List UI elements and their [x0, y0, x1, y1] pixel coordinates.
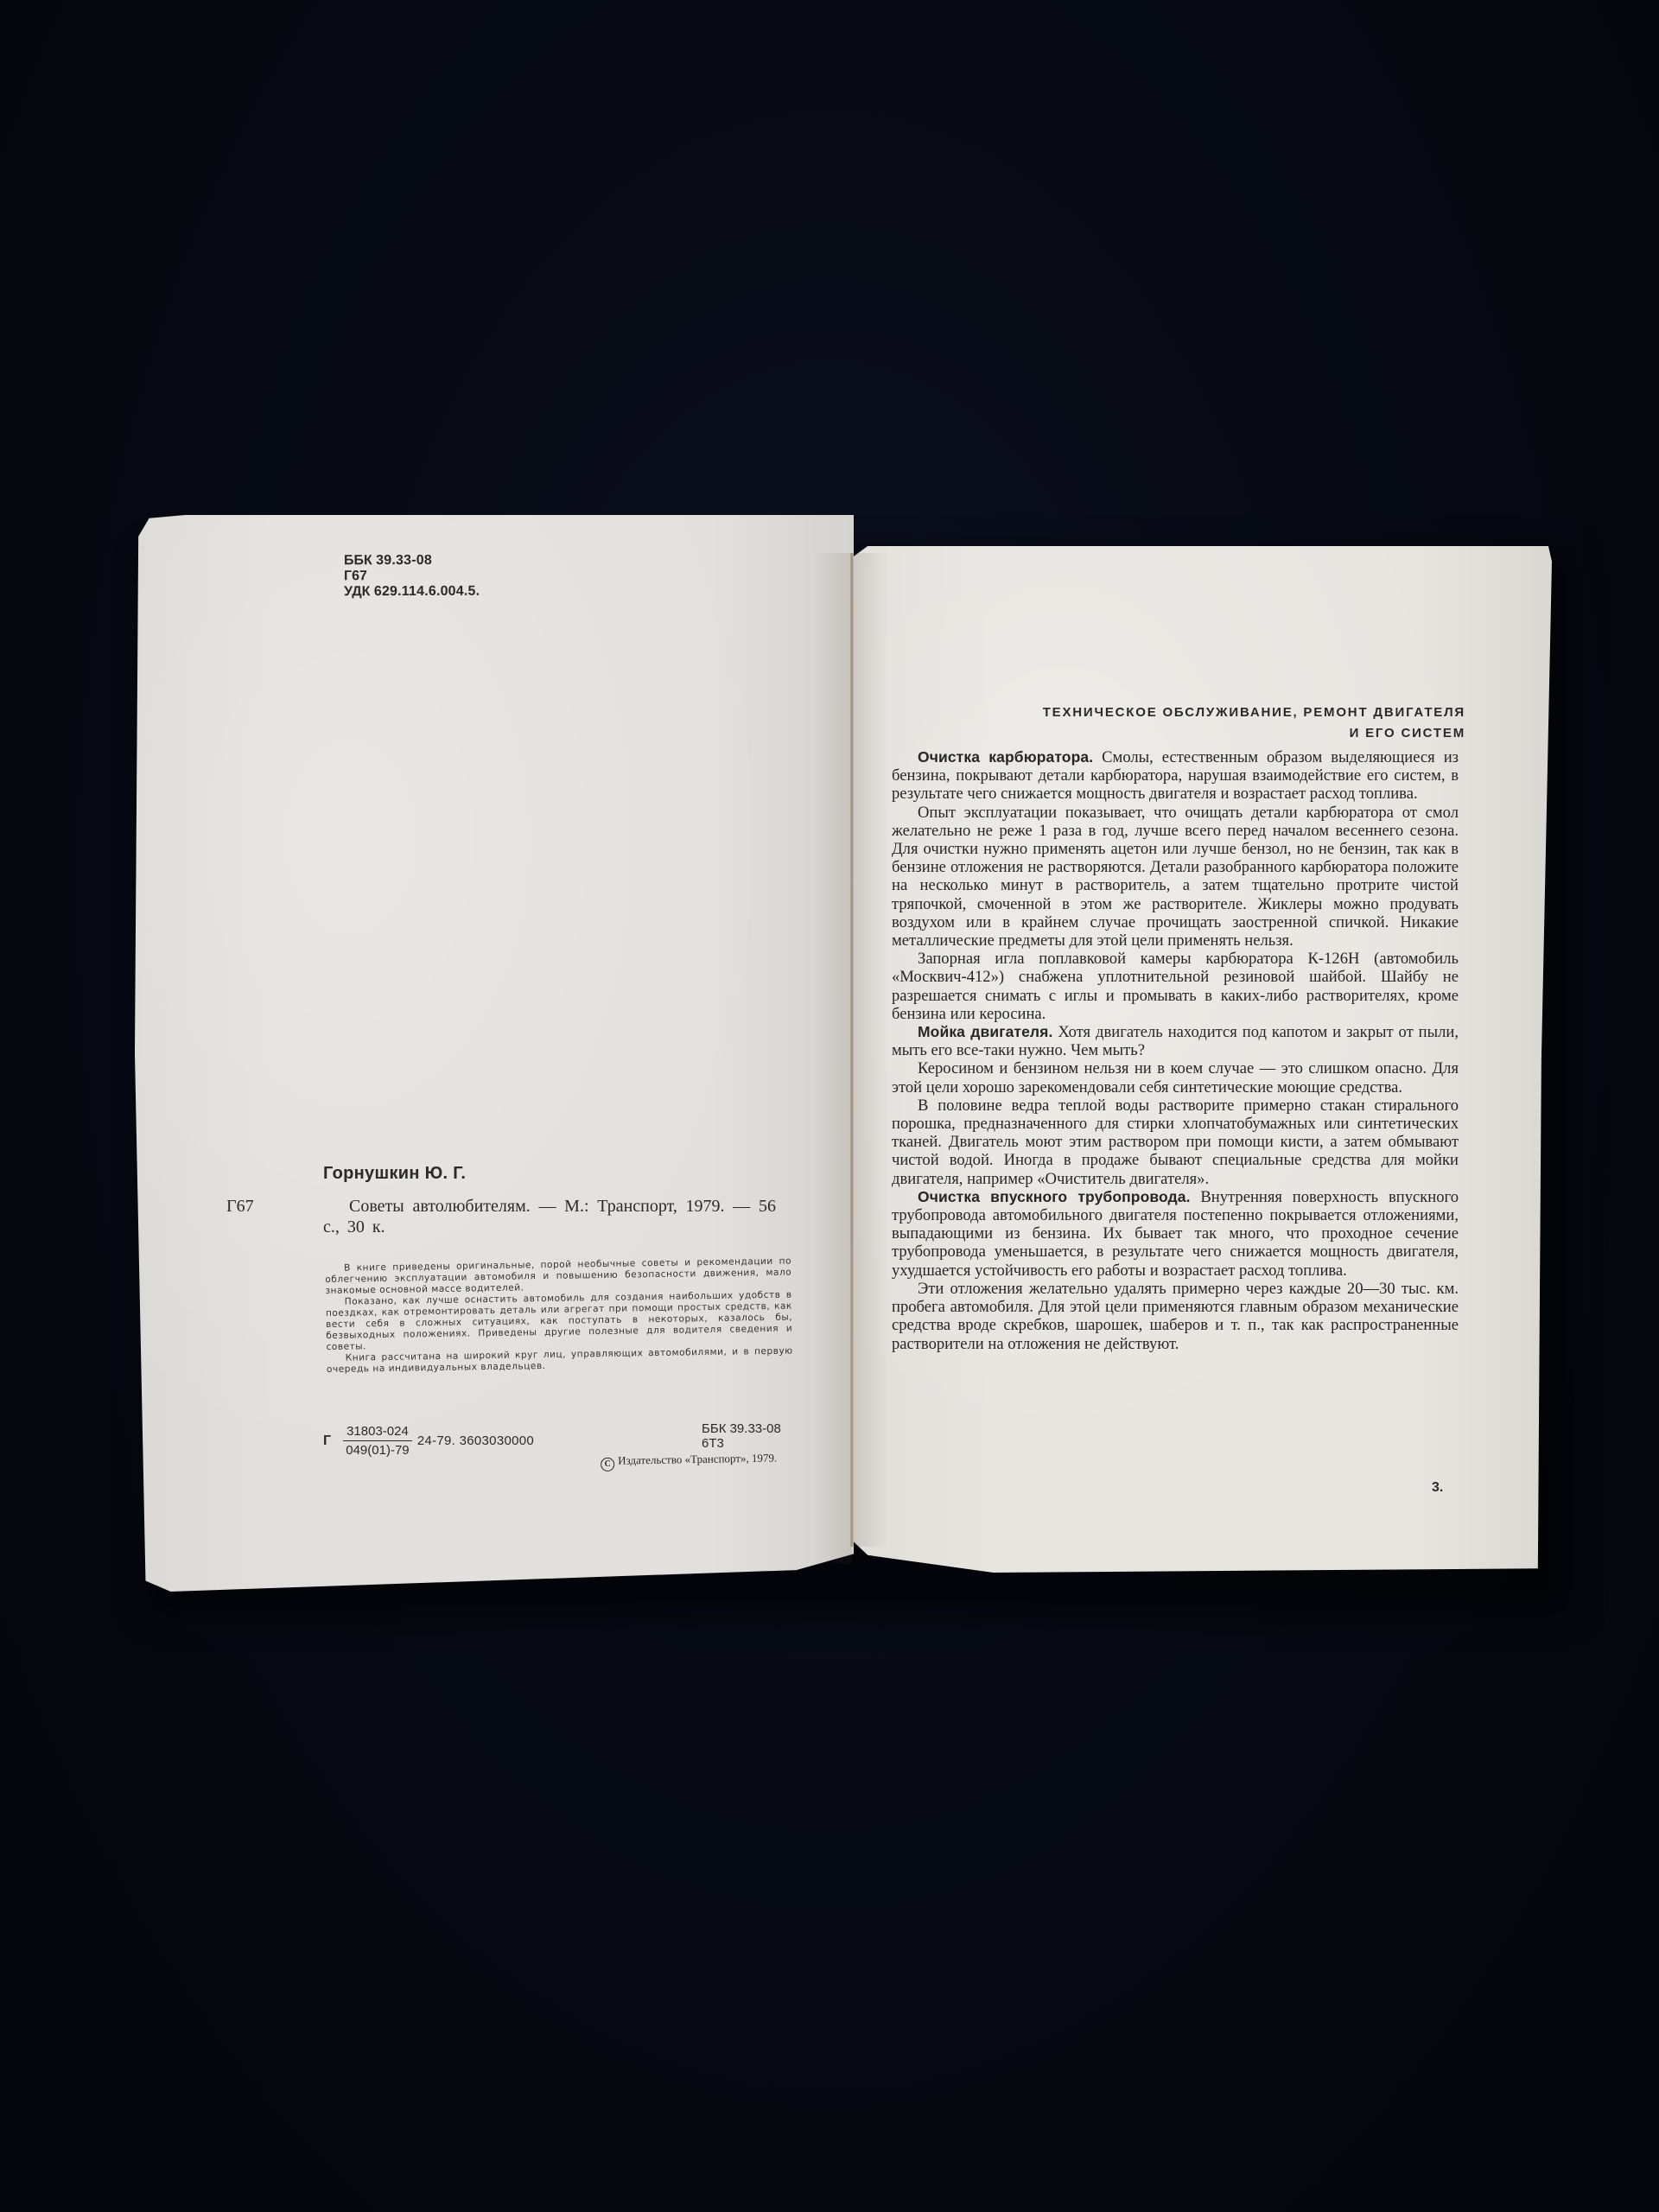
imprint-code: 24-79. 3603030000: [417, 1433, 534, 1448]
author-name: Горнушкин Ю. Г.: [323, 1164, 466, 1184]
udk-line: УДК 629.114.6.004.5.: [344, 584, 480, 601]
paragraph-carburetor: Очистка карбюратора. Смолы, естественным…: [892, 748, 1459, 804]
run-in-heading: Мойка двигателя.: [918, 1023, 1052, 1040]
copyright-icon: C: [601, 1458, 614, 1471]
imprint-bbk-block: ББК 39.33-08 6Т3: [702, 1421, 781, 1451]
section-heading: ТЕХНИЧЕСКОЕ ОБСЛУЖИВАНИЕ, РЕМОНТ ДВИГАТЕ…: [976, 702, 1465, 744]
imprint-bbk: ББК 39.33-08: [702, 1421, 781, 1436]
classification-block: ББК 39.33-08 Г67 УДК 629.114.6.004.5.: [344, 553, 480, 601]
paragraph: Эти отложения желательно удалять примерн…: [892, 1280, 1459, 1353]
section-heading-line: ТЕХНИЧЕСКОЕ ОБСЛУЖИВАНИЕ, РЕМОНТ ДВИГАТЕ…: [976, 702, 1465, 723]
paragraph-text: Эти отложения желательно удалять примерн…: [892, 1280, 1459, 1353]
run-in-heading: Очистка карбюратора.: [918, 748, 1093, 766]
paragraph-text: Опыт эксплуатации показывает, что очищат…: [892, 804, 1459, 950]
run-in-heading: Очистка впускного трубопровода.: [918, 1188, 1191, 1205]
imprint-denominator: 049(01)-79: [346, 1441, 409, 1458]
bbk-value: 39.33-08: [376, 553, 432, 568]
page-number: 3.: [1432, 1480, 1443, 1496]
body-text: Очистка карбюратора. Смолы, естественным…: [892, 748, 1459, 1353]
udk-label: УДК: [344, 584, 370, 599]
paragraph-text: В половине ведра теплой воды растворите …: [892, 1096, 1459, 1188]
paragraph-intake-manifold: Очистка впускного трубопровода. Внутренн…: [892, 1188, 1459, 1280]
paragraph-engine-wash: Мойка двигателя. Хотя двигатель находитс…: [892, 1023, 1459, 1059]
gutter-shadow-right: [854, 553, 888, 1547]
paragraph: В половине ведра теплой воды растворите …: [892, 1096, 1459, 1188]
bibliographic-entry: Советы автолюбителям. — М.: Транспорт, 1…: [323, 1196, 776, 1237]
udk-value: 629.114.6.004.5.: [374, 584, 480, 599]
imprint-fraction: 31803-024 049(01)-79: [343, 1424, 412, 1458]
copyright-text: Издательство «Транспорт», 1979.: [618, 1451, 777, 1466]
paragraph: Запорная игла поплавковой камеры карбюра…: [892, 950, 1459, 1023]
imprint-letter: Г: [323, 1433, 331, 1449]
annotation-paragraph: Показано, как лучше оснастить автомобиль…: [326, 1290, 793, 1353]
bbk-line: ББК 39.33-08: [344, 553, 480, 569]
imprint-formula: Г 31803-024 049(01)-79 24-79. 3603030000: [323, 1424, 534, 1458]
copyright-line: CИздательство «Транспорт», 1979.: [601, 1451, 777, 1471]
bbk-label: ББК: [344, 553, 372, 568]
imprint-numerator: 31803-024: [343, 1424, 412, 1441]
paragraph-text: Керосином и бензином нельзя ни в коем сл…: [892, 1059, 1459, 1096]
paragraph: Керосином и бензином нельзя ни в коем сл…: [892, 1059, 1459, 1096]
gutter-shadow-left: [812, 553, 852, 1564]
imprint-index: 6Т3: [702, 1436, 781, 1451]
section-heading-line: И ЕГО СИСТЕМ: [976, 723, 1465, 744]
book-annotation: В книге приведены оригинальные, порой не…: [325, 1256, 793, 1376]
catalog-code: Г67: [226, 1197, 254, 1217]
paragraph-text: Запорная игла поплавковой камеры карбюра…: [892, 950, 1459, 1023]
paragraph: Опыт эксплуатации показывает, что очищат…: [892, 804, 1459, 950]
author-mark: Г67: [344, 569, 480, 585]
open-book: ББК 39.33-08 Г67 УДК 629.114.6.004.5. Го…: [0, 0, 1659, 2212]
